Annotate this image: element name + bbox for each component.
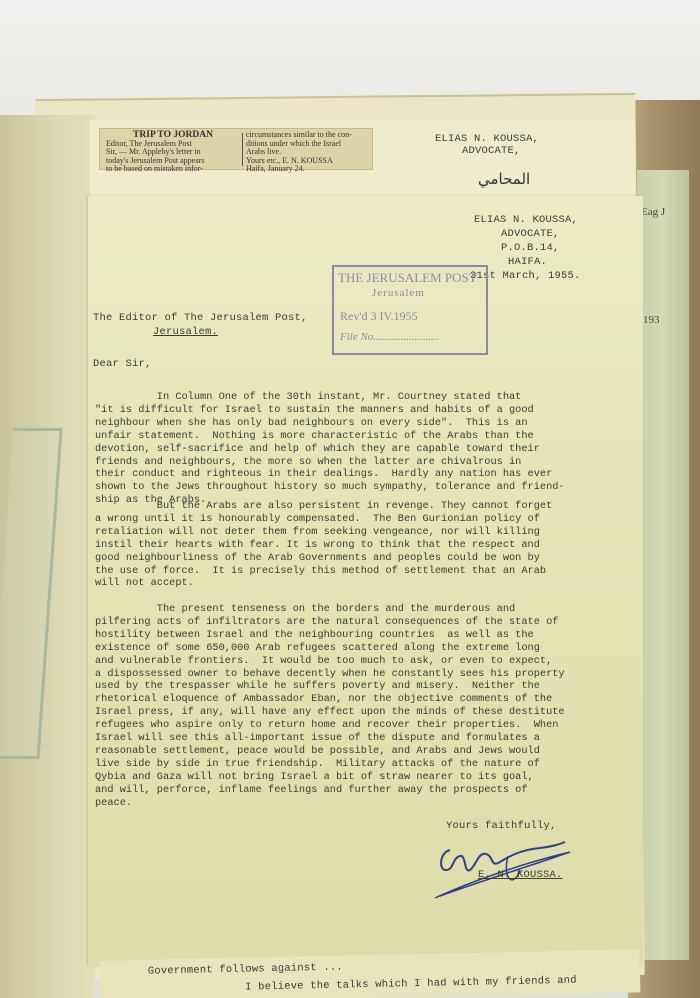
letterhead-title: ADVOCATE, [501, 227, 560, 241]
green-archive-sheets: Eag J 193 [636, 170, 689, 960]
paragraph-2: But the Arabs are also persistent in rev… [95, 500, 635, 590]
clipping-divider [242, 133, 243, 166]
stamp-paper-name: THE JERUSALEM POST [338, 270, 477, 286]
letterhead-city: HAIFA. [508, 255, 547, 269]
stamp-file-no: File No........................ [340, 331, 439, 343]
stamp-received-date: Rev'd 3 IV.1955 [340, 309, 418, 324]
green-tab-label: Eag J [641, 206, 665, 218]
clipping-line: to be based on mistaken infor- [106, 165, 240, 174]
paragraph-1: In Column One of the 30th instant, Mr. C… [95, 391, 635, 507]
lower-sheet-line-1: Government follows against ... [148, 961, 343, 979]
back-letterhead-title: ADVOCATE, [462, 144, 521, 158]
signature-icon [430, 830, 580, 900]
received-stamp: THE JERUSALEM POST Jerusalem Rev'd 3 IV.… [332, 265, 488, 355]
clipping-line: Haifa, January 24. [246, 165, 370, 174]
arabic-letterhead: المحامي [478, 170, 530, 188]
letterhead-pob: P.O.B.14, [501, 241, 560, 255]
clipping-column-right: circumstances similar to the con- dition… [246, 131, 370, 174]
recipient-line: The Editor of The Jerusalem Post, [93, 311, 308, 325]
signer-name: E. N. KOUSSA. [478, 868, 563, 882]
salutation: Dear Sir, [93, 357, 152, 371]
stamp-city: Jerusalem [372, 287, 425, 299]
letterhead-name: ELIAS N. KOUSSA, [474, 213, 578, 227]
lower-sheet-line-2: I believe the talks which I had with my … [245, 974, 577, 995]
recipient-city: Jerusalem. [153, 325, 218, 339]
green-tab-number: 193 [643, 314, 660, 326]
paragraph-3: The present tenseness on the borders and… [95, 603, 635, 810]
newspaper-clipping: TRIP TO JORDAN Editor, The Jerusalem Pos… [99, 128, 373, 170]
clipping-column-left: TRIP TO JORDAN Editor, The Jerusalem Pos… [106, 131, 240, 174]
